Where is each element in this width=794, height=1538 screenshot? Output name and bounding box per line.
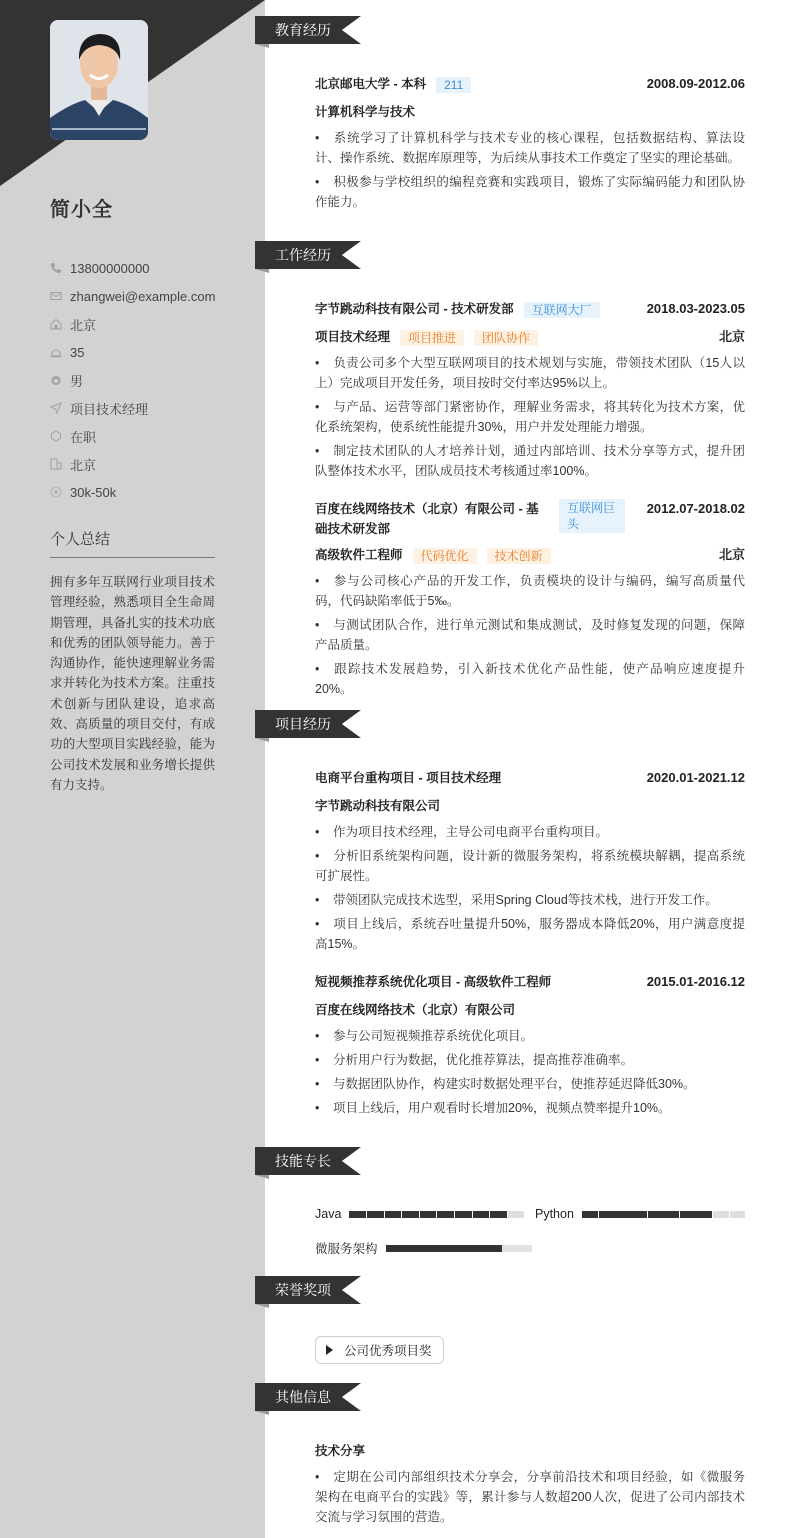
work-entry: 百度在线网络技术（北京）有限公司 - 基础技术研发部 互联网巨头 2012.07…	[315, 499, 745, 703]
other-entry: 技术分享 定期在公司内部组织技术分享会，分享前沿技术和项目经验，如《微服务架构在…	[315, 1441, 745, 1531]
bullet: 制定技术团队的人才培养计划，通过内部培训、技术分享等方式，提升团队整体技术水平，…	[315, 441, 745, 481]
work-entry: 字节跳动科技有限公司 - 技术研发部互联网大厂 2018.03-2023.05 …	[315, 299, 745, 485]
info-value: 北京	[70, 455, 96, 474]
work-date: 2018.03-2023.05	[647, 299, 745, 319]
skill-tag: 代码优化	[413, 548, 477, 564]
summary-text: 拥有多年互联网行业项目技术管理经验，熟悉项目全生命周期管理，具备扎实的技术功底和…	[50, 572, 215, 795]
paper-plane-icon	[50, 402, 62, 414]
section-title: 工作经历	[255, 241, 361, 269]
work-city: 北京	[719, 545, 745, 565]
phone-icon	[50, 262, 62, 274]
salary-icon	[50, 486, 62, 498]
company-name: 字节跳动科技有限公司 - 技术研发部	[315, 302, 514, 316]
project-name: 短视频推荐系统优化项目 - 高级软件工程师	[315, 972, 551, 992]
project-company: 百度在线网络技术（北京）有限公司	[315, 1000, 745, 1020]
job-role: 项目技术经理	[315, 330, 390, 344]
project-entry: 电商平台重构项目 - 项目技术经理 2020.01-2021.12 字节跳动科技…	[315, 768, 745, 958]
info-age: 35	[50, 338, 215, 366]
info-status: 在职	[50, 422, 215, 450]
skill-level-bar	[386, 1245, 532, 1252]
company-tag: 互联网巨头	[559, 499, 625, 533]
bullet: 与产品、运营等部门紧密协作，理解业务需求，将其转化为技术方案，优化系统架构，使系…	[315, 397, 745, 437]
project-date: 2015.01-2016.12	[647, 972, 745, 992]
info-city: 北京	[50, 450, 215, 478]
triangle-right-icon	[326, 1345, 333, 1355]
info-value: 在职	[70, 427, 96, 446]
candidate-name: 简小全	[50, 193, 113, 222]
avatar-photo-icon	[50, 20, 148, 140]
project-bullets: 作为项目技术经理，主导公司电商平台重构项目。 分析旧系统架构问题，设计新的微服务…	[315, 822, 745, 954]
contact-info-list: 13800000000 zhangwei@example.com 北京 35 男…	[50, 254, 215, 506]
bullet: 跟踪技术发展趋势，引入新技术优化产品性能，使产品响应速度提升20%。	[315, 659, 745, 699]
bullet: 参与公司短视频推荐系统优化项目。	[315, 1026, 745, 1046]
mail-icon	[50, 290, 62, 302]
home-icon	[50, 318, 62, 330]
info-value: 北京	[70, 315, 96, 334]
skill-level-bar	[582, 1211, 746, 1218]
section-title: 教育经历	[255, 16, 361, 44]
summary-title: 个人总结	[50, 528, 215, 558]
company-tag: 互联网大厂	[524, 302, 600, 318]
bullet: 系统学习了计算机科学与技术专业的核心课程，包括数据结构、算法设计、操作系统、数据…	[315, 128, 745, 168]
skill-tag: 团队协作	[474, 330, 538, 346]
bullet: 与测试团队合作，进行单元测试和集成测试，及时修复发现的问题，保障产品质量。	[315, 615, 745, 655]
status-icon	[50, 430, 62, 442]
info-value: zhangwei@example.com	[70, 289, 215, 304]
bullet: 分析用户行为数据，优化推荐算法，提高推荐准确率。	[315, 1050, 745, 1070]
job-role: 高级软件工程师	[315, 548, 403, 562]
bullet: 项目上线后，系统吞吐量提升50%，服务器成本降低20%，用户满意度提高15%。	[315, 914, 745, 954]
company-name: 百度在线网络技术（北京）有限公司 - 基础技术研发部	[315, 499, 545, 539]
info-gender: 男	[50, 366, 215, 394]
info-job-title: 项目技术经理	[50, 394, 215, 422]
gender-icon	[50, 374, 62, 386]
main-content: 教育经历 北京邮电大学 - 本科211 2008.09-2012.06 计算机科…	[265, 0, 794, 1538]
info-value: 项目技术经理	[70, 399, 148, 418]
bullet: 项目上线后，用户观看时长增加20%，视频点赞率提升10%。	[315, 1098, 745, 1118]
work-bullets: 负责公司多个大型互联网项目的技术规划与实施，带领技术团队（15人以上）完成项目开…	[315, 353, 745, 481]
building-icon	[50, 458, 62, 470]
skill-tag: 项目推进	[400, 330, 464, 346]
bullet: 分析旧系统架构问题，设计新的微服务架构，将系统模块解耦，提高系统可扩展性。	[315, 846, 745, 886]
other-bullets: 定期在公司内部组织技术分享会，分享前沿技术和项目经验，如《微服务架构在电商平台的…	[315, 1467, 745, 1527]
education-entry: 北京邮电大学 - 本科211 2008.09-2012.06 计算机科学与技术 …	[315, 74, 745, 216]
education-bullets: 系统学习了计算机科学与技术专业的核心课程，包括数据结构、算法设计、操作系统、数据…	[315, 128, 745, 212]
major: 计算机科学与技术	[315, 102, 745, 122]
skill-name: Java	[315, 1207, 341, 1221]
work-city: 北京	[719, 327, 745, 347]
project-name: 电商平台重构项目 - 项目技术经理	[315, 768, 501, 788]
bullet: 参与公司核心产品的开发工作，负责模块的设计与编码，编写高质量代码，代码缺陷率低于…	[315, 571, 745, 611]
project-date: 2020.01-2021.12	[647, 768, 745, 788]
project-company: 字节跳动科技有限公司	[315, 796, 745, 816]
info-value: 13800000000	[70, 261, 150, 276]
info-value: 30k-50k	[70, 485, 116, 500]
bullet: 负责公司多个大型互联网项目的技术规划与实施，带领技术团队（15人以上）完成项目开…	[315, 353, 745, 393]
skill-name: 微服务架构	[315, 1239, 378, 1257]
section-title: 项目经历	[255, 710, 361, 738]
info-email: zhangwei@example.com	[50, 282, 215, 310]
bullet: 带领团队完成技术选型，采用Spring Cloud等技术栈，进行开发工作。	[315, 890, 745, 910]
sidebar: 简小全 13800000000 zhangwei@example.com 北京 …	[0, 0, 265, 1538]
bullet: 作为项目技术经理，主导公司电商平台重构项目。	[315, 822, 745, 842]
project-entry: 短视频推荐系统优化项目 - 高级软件工程师 2015.01-2016.12 百度…	[315, 972, 745, 1122]
skill-tag: 技术创新	[487, 548, 551, 564]
bullet: 积极参与学校组织的编程竞赛和实践项目，锻炼了实际编码能力和团队协作能力。	[315, 172, 745, 212]
bullet: 定期在公司内部组织技术分享会，分享前沿技术和项目经验，如《微服务架构在电商平台的…	[315, 1467, 745, 1527]
project-bullets: 参与公司短视频推荐系统优化项目。 分析用户行为数据，优化推荐算法，提高推荐准确率…	[315, 1026, 745, 1118]
work-bullets: 参与公司核心产品的开发工作，负责模块的设计与编码，编写高质量代码，代码缺陷率低于…	[315, 571, 745, 699]
info-value: 男	[70, 371, 83, 390]
school-name: 北京邮电大学 - 本科	[315, 77, 426, 91]
section-title: 技能专长	[255, 1147, 361, 1175]
bullet: 与数据团队协作，构建实时数据处理平台，使推荐延迟降低30%。	[315, 1074, 745, 1094]
skill-microservices: 微服务架构	[315, 1239, 532, 1257]
cake-icon	[50, 346, 62, 358]
work-date: 2012.07-2018.02	[647, 499, 745, 519]
info-location: 北京	[50, 310, 215, 338]
education-date: 2008.09-2012.06	[647, 74, 745, 94]
school-tag: 211	[436, 77, 471, 93]
other-title: 技术分享	[315, 1441, 745, 1461]
award-name: 公司优秀项目奖	[344, 1341, 432, 1359]
skill-name: Python	[535, 1207, 574, 1221]
avatar	[50, 20, 148, 140]
info-phone: 13800000000	[50, 254, 215, 282]
info-salary: 30k-50k	[50, 478, 215, 506]
skill-python: Python	[535, 1207, 746, 1221]
skill-java: Java	[315, 1207, 525, 1221]
award-item[interactable]: 公司优秀项目奖	[315, 1336, 444, 1364]
skill-level-bar	[349, 1211, 525, 1218]
section-title: 荣誉奖项	[255, 1276, 361, 1304]
section-title: 其他信息	[255, 1383, 361, 1411]
info-value: 35	[70, 345, 84, 360]
